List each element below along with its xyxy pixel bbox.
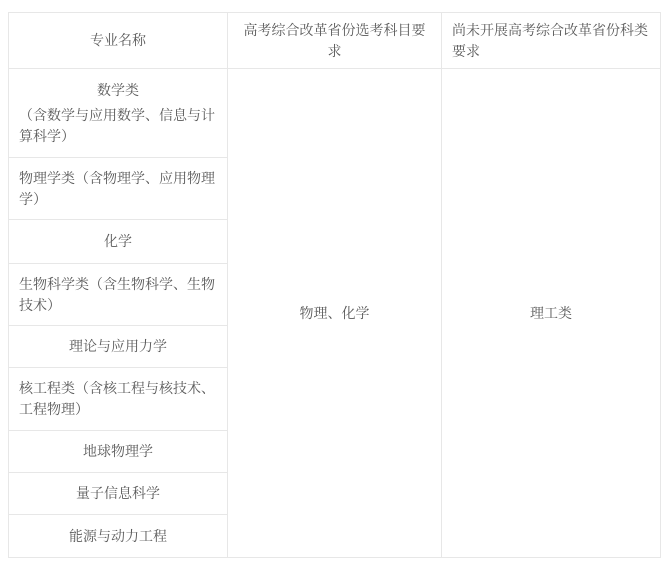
table-row: 数学类 （含数学与应用数学、信息与计算科学） 物理、化学 理工类 — [9, 69, 661, 158]
header-row: 专业名称 高考综合改革省份选考科目要求 尚未开展高考综合改革省份科类要求 — [9, 13, 661, 69]
major-cell-mechanics: 理论与应用力学 — [9, 326, 228, 368]
major-title: 数学类 — [19, 80, 217, 101]
major-cell-physics: 物理学类（含物理学、应用物理学） — [9, 158, 228, 220]
major-cell-chemistry: 化学 — [9, 220, 228, 264]
major-cell-geophysics: 地球物理学 — [9, 431, 228, 473]
reform-requirement-cell: 物理、化学 — [228, 69, 442, 558]
header-reform-subject-requirement: 高考综合改革省份选考科目要求 — [228, 13, 442, 69]
major-cell-quantum-information: 量子信息科学 — [9, 473, 228, 515]
major-cell-nuclear-engineering: 核工程类（含核工程与核技术、工程物理） — [9, 368, 228, 431]
admissions-table: 专业名称 高考综合改革省份选考科目要求 尚未开展高考综合改革省份科类要求 数学类… — [8, 12, 661, 558]
header-no-reform-category-requirement: 尚未开展高考综合改革省份科类要求 — [442, 13, 661, 69]
page: 专业名称 高考综合改革省份选考科目要求 尚未开展高考综合改革省份科类要求 数学类… — [0, 0, 669, 566]
major-cell-energy-power: 能源与动力工程 — [9, 515, 228, 558]
header-major-name: 专业名称 — [9, 13, 228, 69]
major-cell-mathematics: 数学类 （含数学与应用数学、信息与计算科学） — [9, 69, 228, 158]
major-subtitle: （含数学与应用数学、信息与计算科学） — [19, 105, 217, 147]
no-reform-requirement-cell: 理工类 — [442, 69, 661, 558]
major-cell-biological-sciences: 生物科学类（含生物科学、生物技术） — [9, 264, 228, 326]
